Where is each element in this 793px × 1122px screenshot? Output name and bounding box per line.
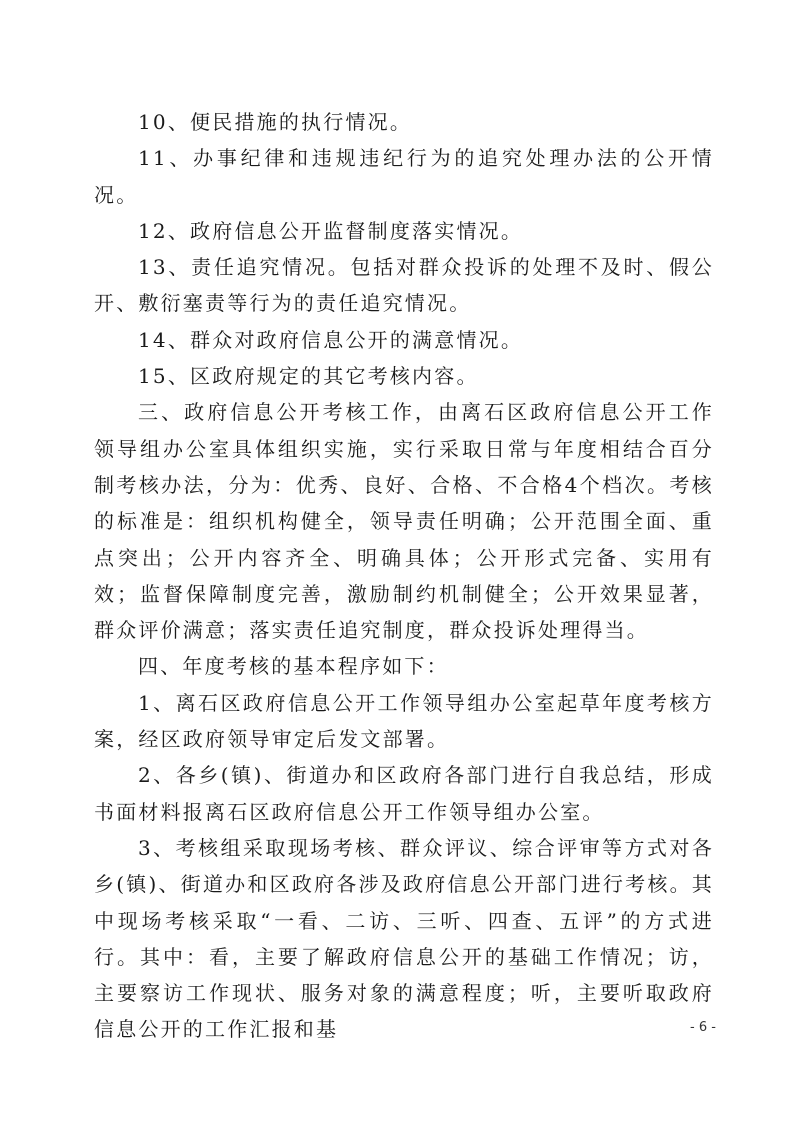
section-three-paragraph: 三、政府信息公开考核工作，由离石区政府信息公开工作领导组办公室具体组织实施，实行… bbox=[94, 394, 714, 648]
document-body: 10、便民措施的执行情况。 11、办事纪律和违规违纪行为的追究处理办法的公开情况… bbox=[94, 104, 714, 1048]
list-item-12: 12、政府信息公开监督制度落实情况。 bbox=[94, 213, 714, 249]
list-item-10: 10、便民措施的执行情况。 bbox=[94, 104, 714, 140]
list-item-14: 14、群众对政府信息公开的满意情况。 bbox=[94, 322, 714, 358]
procedure-step-3: 3、考核组采取现场考核、群众评议、综合评审等方式对各乡(镇)、街道办和区政府各涉… bbox=[94, 830, 714, 1048]
page-number: - 6 - bbox=[690, 1020, 716, 1035]
section-four-heading: 四、年度考核的基本程序如下： bbox=[94, 648, 714, 684]
list-item-11: 11、办事纪律和违规违纪行为的追究处理办法的公开情况。 bbox=[94, 140, 714, 213]
list-item-15: 15、区政府规定的其它考核内容。 bbox=[94, 358, 714, 394]
procedure-step-1: 1、离石区政府信息公开工作领导组办公室起草年度考核方案，经区政府领导审定后发文部… bbox=[94, 685, 714, 758]
procedure-step-2: 2、各乡(镇)、街道办和区政府各部门进行自我总结，形成书面材料报离石区政府信息公… bbox=[94, 757, 714, 830]
list-item-13: 13、责任追究情况。包括对群众投诉的处理不及时、假公开、敷衍塞责等行为的责任追究… bbox=[94, 249, 714, 322]
